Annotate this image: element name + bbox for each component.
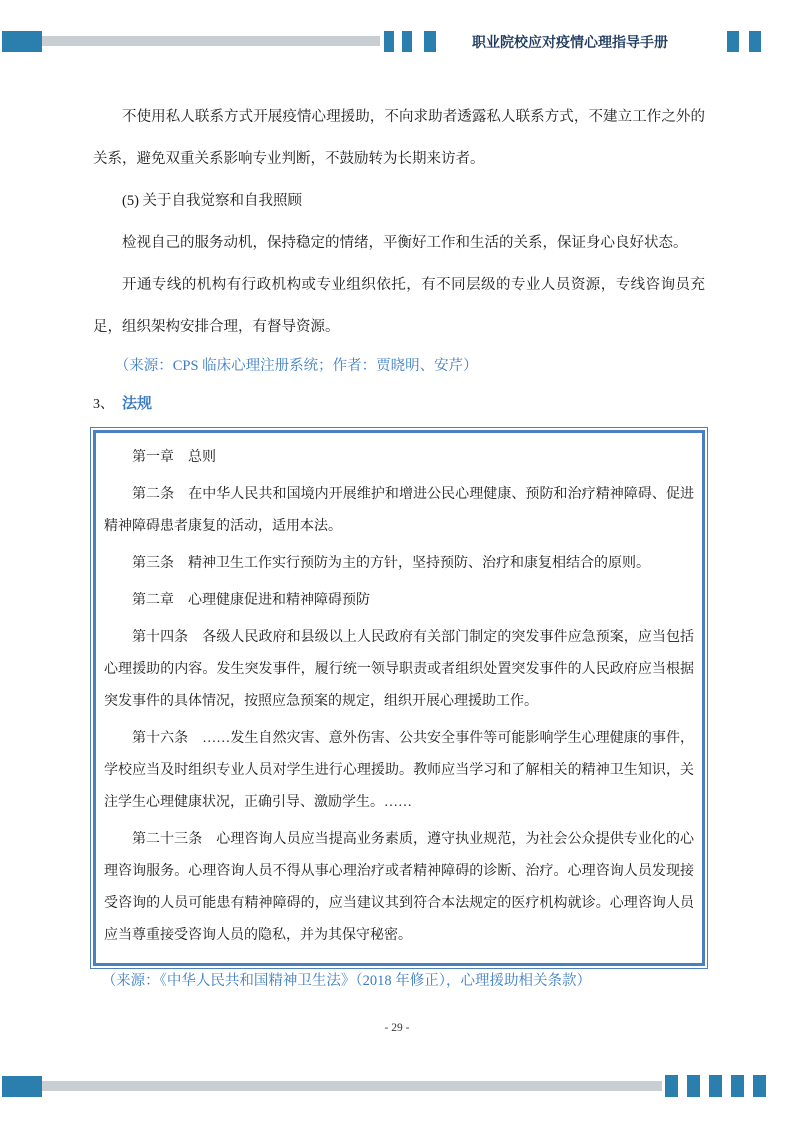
footer-tick-bar <box>731 1075 744 1097</box>
footer-tick-bar <box>753 1075 766 1097</box>
document-page: 职业院校应对疫情心理指导手册 不使用私人联系方式开展疫情心理援助，不向求助者透露… <box>0 0 794 1123</box>
section-heading: 3、法规 <box>93 384 705 425</box>
header-tick-bar <box>424 31 436 52</box>
body-paragraph-subheading: (5) 关于自我觉察和自我照顾 <box>93 180 705 222</box>
header-right-tick-bar <box>727 31 739 52</box>
law-paragraph: 第十六条 ……发生自然灾害、意外伤害、公共安全事件等可能影响学生心理健康的事件，… <box>104 723 694 819</box>
header-accent-block <box>2 31 42 52</box>
source-note-cps: （来源：CPS 临床心理注册系统；作者：贾晓明、安芹） <box>93 348 705 384</box>
section-number: 3、 <box>93 397 114 412</box>
footer-accent-block <box>2 1076 42 1097</box>
page-header-title: 职业院校应对疫情心理指导手册 <box>472 32 668 52</box>
main-content: 不使用私人联系方式开展疫情心理援助，不向求助者透露私人联系方式，不建立工作之外的… <box>93 96 705 996</box>
header-right-tick-bar <box>749 31 761 52</box>
body-paragraph: 检视自己的服务动机，保持稳定的情绪，平衡好工作和生活的关系，保证身心良好状态。 <box>93 222 705 264</box>
law-paragraph: 第三条 精神卫生工作实行预防为主的方针，坚持预防、治疗和康复相结合的原则。 <box>104 548 694 580</box>
law-text-box: 第一章 总则 第二条 在中华人民共和国境内开展维护和增进公民心理健康、预防和治疗… <box>93 430 705 966</box>
law-paragraph: 第二章 心理健康促进和精神障碍预防 <box>104 585 694 617</box>
law-paragraph: 第二十三条 心理咨询人员应当提高业务素质，遵守执业规范，为社会公众提供专业化的心… <box>104 824 694 952</box>
law-paragraph: 第十四条 各级人民政府和县级以上人民政府有关部门制定的突发事件应急预案，应当包括… <box>104 622 694 718</box>
body-paragraph: 不使用私人联系方式开展疫情心理援助，不向求助者透露私人联系方式，不建立工作之外的… <box>93 96 705 180</box>
law-paragraph: 第二条 在中华人民共和国境内开展维护和增进公民心理健康、预防和治疗精神障碍、促进… <box>104 479 694 543</box>
footer-tick-bar <box>687 1075 700 1097</box>
header-tick-bar <box>384 31 394 52</box>
source-note-law: （来源：《中华人民共和国精神卫生法》（2018 年修正），心理援助相关条款） <box>93 966 705 996</box>
footer-tick-bar <box>709 1075 722 1097</box>
footer-rule <box>42 1081 662 1091</box>
header-tick-bar <box>402 31 412 52</box>
body-paragraph: 开通专线的机构有行政机构或专业组织依托，有不同层级的专业人员资源，专线咨询员充足… <box>93 264 705 348</box>
header-rule <box>42 36 380 46</box>
page-number: - 29 - <box>0 1022 794 1034</box>
footer-tick-bar <box>665 1075 678 1097</box>
section-title: 法规 <box>122 396 152 412</box>
law-paragraph: 第一章 总则 <box>104 442 694 474</box>
